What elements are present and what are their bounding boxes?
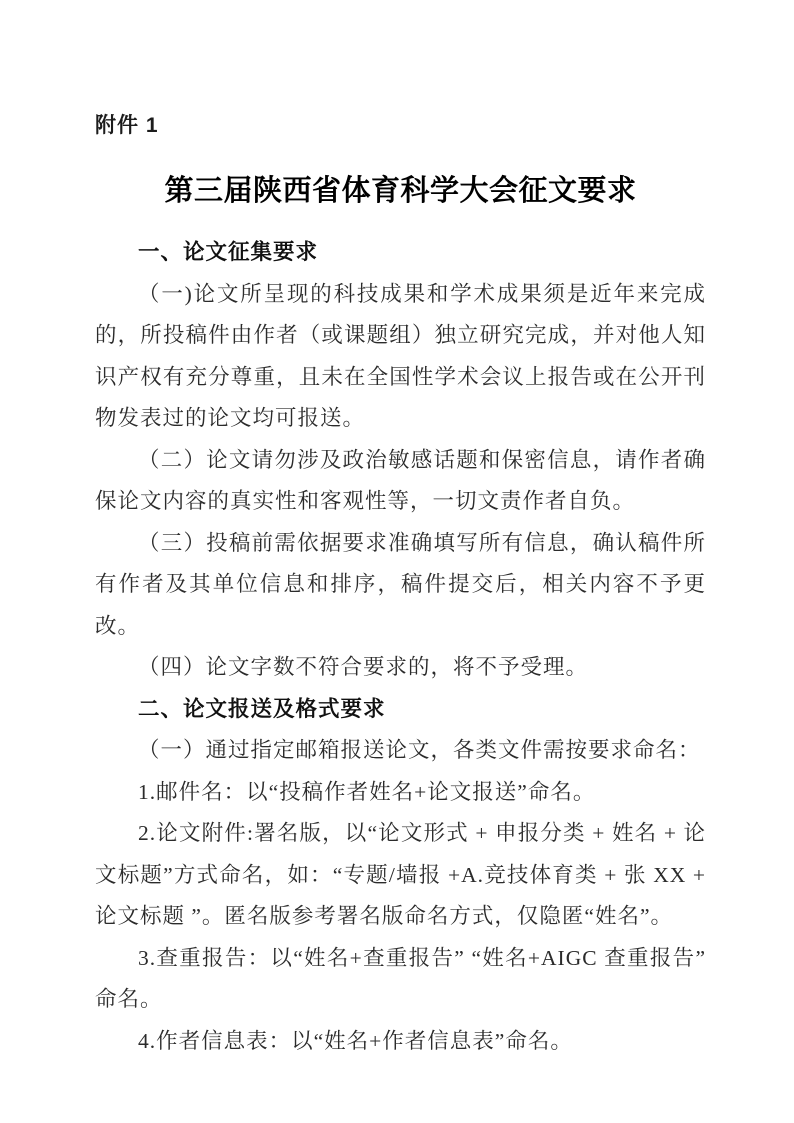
section-2-item-3: 3.查重报告：以“姓名+查重报告” “姓名+AIGC 查重报告”命名。 (95, 938, 706, 1021)
section-1-paragraph-2: （二）论文请勿涉及政治敏感话题和保密信息，请作者确保论文内容的真实性和客观性等，… (95, 440, 706, 523)
section-1-heading: 一、论文征集要求 (95, 232, 706, 274)
section-2-item-2: 2.论文附件:署名版，以“论文形式 + 申报分类 + 姓名 + 论文标题”方式命… (95, 813, 706, 938)
document-title: 第三届陕西省体育科学大会征文要求 (95, 171, 706, 211)
section-2-paragraph-1: （一）通过指定邮箱报送论文，各类文件需按要求命名： (95, 730, 706, 772)
document-page: 附件 1 第三届陕西省体育科学大会征文要求 一、论文征集要求 （一)论文所呈现的… (0, 0, 794, 1123)
attachment-label: 附件 1 (95, 112, 706, 140)
section-2-item-1: 1.邮件名：以“投稿作者姓名+论文报送”命名。 (95, 772, 706, 814)
section-1-paragraph-3: （三）投稿前需依据要求准确填写所有信息，确认稿件所有作者及其单位信息和排序，稿件… (95, 523, 706, 648)
section-2-item-4: 4.作者信息表：以“姓名+作者信息表”命名。 (95, 1021, 706, 1063)
section-2-heading: 二、论文报送及格式要求 (95, 689, 706, 731)
section-1-paragraph-4: （四）论文字数不符合要求的，将不予受理。 (95, 647, 706, 689)
section-1-paragraph-1: （一)论文所呈现的科技成果和学术成果须是近年来完成的，所投稿件由作者（或课题组）… (95, 274, 706, 440)
